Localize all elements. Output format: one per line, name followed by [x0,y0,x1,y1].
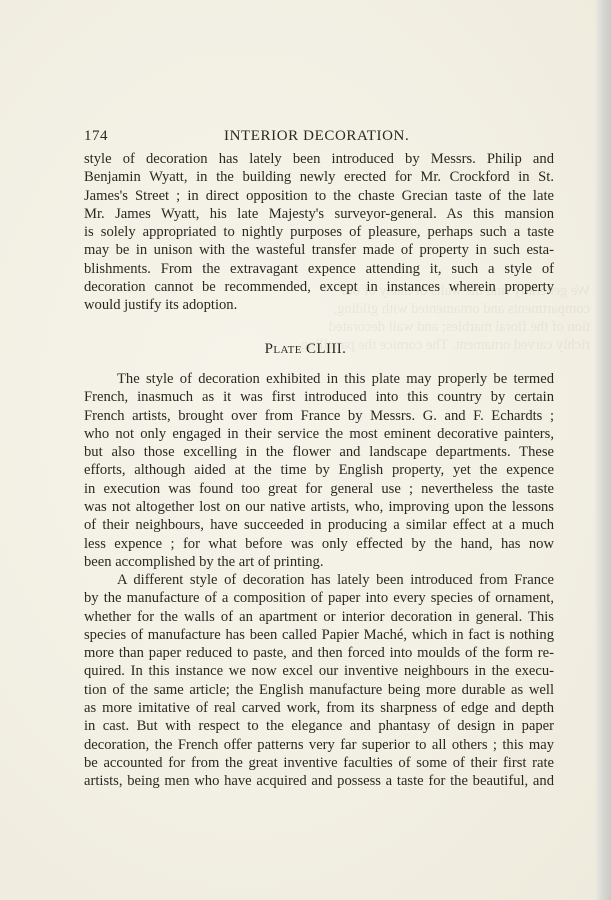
text-line: in cast. But with respect to the eleganc… [84,717,554,735]
text-line: but also those excelling in the flower a… [84,443,554,461]
text-line: in execution was found too great for gen… [84,480,554,498]
paragraph-1: The style of decoration exhibited in thi… [84,370,554,571]
plate-heading: Plate CLIII. [0,341,611,358]
page-gutter-shadow [595,0,611,900]
text-line: Benjamin Wyatt, in the building newly er… [84,168,554,186]
text-line: style of decoration has lately been intr… [84,150,554,168]
text-line: been accomplished by the art of printing… [84,553,554,571]
text-line: A different style of decoration has late… [84,571,554,589]
paragraph-2: A different style of decoration has late… [84,571,554,791]
page-number: 174 [84,128,108,145]
text-line: of their neighbours, have succeeded in p… [84,516,554,534]
text-line: decoration, the French offer patterns ve… [84,736,554,754]
intro-continuation: style of decoration has lately been intr… [84,150,554,315]
text-line: tion of the same article; the English ma… [84,681,554,699]
text-line: would justify its adoption. [84,296,554,314]
text-line: who not only engaged in their service th… [84,425,554,443]
running-title: INTERIOR DECORATION. [224,128,409,145]
plate-prefix: Plate [265,341,302,357]
text-line: was not altogether lost on our native ar… [84,498,554,516]
text-line: may be in unison with the wasteful trans… [84,241,554,259]
text-line: decoration cannot be recommended, except… [84,278,554,296]
text-line: French, inasmuch as it was first introdu… [84,388,554,406]
text-line: blishments. From the extravagant expence… [84,260,554,278]
plate-numeral: CLIII. [306,341,346,357]
text-line: as more imitative of real carved work, f… [84,699,554,717]
text-line: more than paper reduced to paste, and th… [84,644,554,662]
text-line: Mr. James Wyatt, his late Majesty's surv… [84,205,554,223]
text-line: by the manufacture of a composition of p… [84,589,554,607]
text-line: The style of decoration exhibited in thi… [84,370,554,388]
text-line: French artists, brought over from France… [84,407,554,425]
text-line: less expence ; for what before was only … [84,535,554,553]
text-line: is solely appropriated to nightly purpos… [84,223,554,241]
text-line: be accounted for from the great inventiv… [84,754,554,772]
show-through-line: tion of the floral marbles; and wall dec… [300,318,590,336]
text-line: efforts, although aided at the time by E… [84,461,554,479]
running-header: 174 INTERIOR DECORATION. [84,128,554,148]
text-line: species of manufacture has been called P… [84,626,554,644]
text-line: whether for the walls of an apartment or… [84,608,554,626]
text-line: quired. In this instance we now excel ou… [84,662,554,680]
text-line: artists, being men who have acquired and… [84,772,554,790]
text-line: James's Street ; in direct opposition to… [84,187,554,205]
book-page: We generally find the walls of many of o… [0,0,611,900]
